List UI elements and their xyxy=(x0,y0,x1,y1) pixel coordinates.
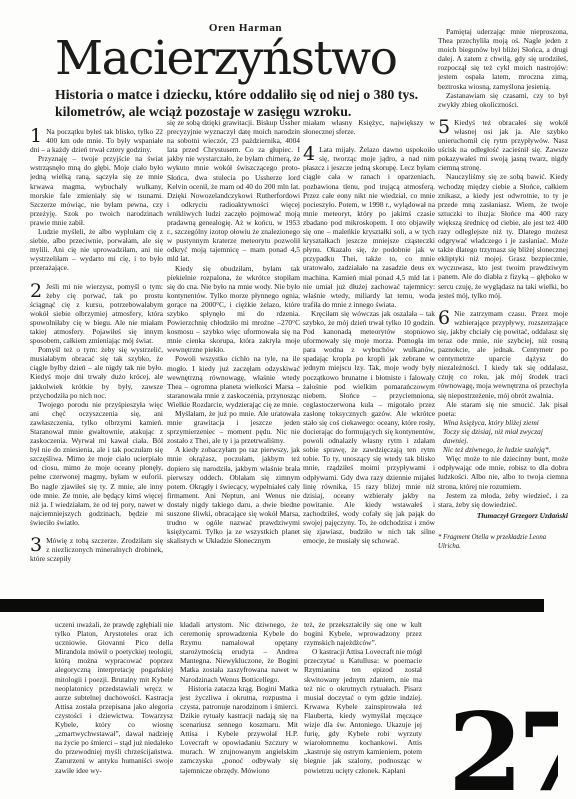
paragraph: miałam własny Księżyc, największy w słon… xyxy=(303,118,435,136)
paragraph: Pomyśl też o tym: żeby się wystrzelić, m… xyxy=(30,345,163,400)
section-number: 3 xyxy=(30,536,46,554)
section-number: 1 xyxy=(30,127,46,145)
paragraph: Twojego porodu nie przyśpieszyła więc an… xyxy=(30,400,163,527)
top-column-1: 1Na początku byłeś tak blisko, tylko 22 … xyxy=(30,118,163,598)
footnote: * Fragment Otella w przekładzie Leona Ul… xyxy=(438,533,568,551)
paragraph: kładali artystom. Nic dziwnego, że cerem… xyxy=(180,620,298,684)
paragraph: Jestem za młoda, żeby wiedzieć, i za sta… xyxy=(438,491,568,509)
paragraph: Zastanawiam się czasami, czy to był zwyk… xyxy=(438,91,568,109)
verse-line: Nic też dziwnego, że ludzie szaleją*. xyxy=(438,445,568,454)
numbered-paragraph: 6Nie zatrzymam czasu. Przez moje wzbiera… xyxy=(438,309,568,400)
paragraph: O kastracji Attisa Lovecraft nie mógł pr… xyxy=(304,647,422,774)
section-number: 4 xyxy=(303,145,319,163)
paragraph: Powoli wszystko cichło na tyle, na ile m… xyxy=(167,354,300,409)
section-number: 5 xyxy=(438,118,454,136)
paragraph: się ze sobą dzięki grawitacji. Biskup Us… xyxy=(167,118,300,264)
paragraph: Kręciłam się wówczas jak oszalała – tak … xyxy=(303,309,435,545)
bottom-column-2: kładali artystom. Nic dziwnego, że cerem… xyxy=(180,620,298,799)
paragraph: A kiedy zobaczyłam po raz pierwszy, jak … xyxy=(167,445,300,545)
section-number: 2 xyxy=(30,282,46,300)
top-column-4: Pamiętaj uderzając mnie nieproszona, The… xyxy=(438,27,568,598)
magazine-page: Oren Harman Macierzyństwo Historia o mat… xyxy=(0,0,576,799)
masthead: Oren Harman Macierzyństwo Historia o mat… xyxy=(55,22,436,120)
top-column-2: się ze sobą dzięki grawitacji. Biskup Us… xyxy=(167,118,300,598)
translator-credit: Tłumaczył Grzegorz Uzdański xyxy=(438,511,568,520)
paragraph: Nauczyliśmy się ze sobą bawić. Kiedy wch… xyxy=(438,172,568,299)
top-column-3: miałam własny Księżyc, największy w słon… xyxy=(303,118,435,598)
paragraph: Pamiętaj uderzając mnie nieproszona, The… xyxy=(438,27,568,91)
paragraph: Ludzie myśleli, że albo wyplułam cię z s… xyxy=(30,227,163,272)
section-divider-bar xyxy=(0,599,544,612)
article-title: Macierzyństwo xyxy=(55,34,436,84)
verse-line: Toczy się dzisiaj, niż miał zwyczaj dawn… xyxy=(438,427,568,445)
paragraph: też, że przekształciły się one w kult bo… xyxy=(304,620,422,647)
paragraph: Więc może to nie dziecinny bunt, może od… xyxy=(438,454,568,490)
bottom-column-3: też, że przekształciły się one w kult bo… xyxy=(304,620,422,799)
paragraph: Kiedy się obudziłam, byłam tak piekielni… xyxy=(167,264,300,355)
bottom-column-1: uczeni uważali, że prawdę zgłębiali nie … xyxy=(55,620,173,799)
section-number: 6 xyxy=(438,309,454,327)
numbered-paragraph: 2Jeśli mi nie wierzysz, pomyśl o tym: że… xyxy=(30,282,163,346)
paragraph: Ale staram się nie smucić. Jak pisał poe… xyxy=(438,400,568,418)
article-subtitle: Historia o matce i dziecku, które oddali… xyxy=(55,87,436,120)
numbered-paragraph: 1Na początku byłeś tak blisko, tylko 22 … xyxy=(30,127,163,154)
page-number: 27 xyxy=(448,694,558,799)
paragraph: Przyznaję – twoje przyjście na świat wst… xyxy=(30,154,163,227)
numbered-paragraph: 4Lata mijały. Żelazo dawno uspokoiło się… xyxy=(303,145,435,309)
numbered-paragraph: 3Mówię z tobą szczerze. Zrodziłam się z … xyxy=(30,536,163,563)
numbered-paragraph: 5Kiedyś też obracałeś się wokół własnej … xyxy=(438,118,568,173)
paragraph: Historia zatacza krąg. Bogini Matka jest… xyxy=(180,684,298,775)
paragraph: uczeni uważali, że prawdę zgłębiali nie … xyxy=(55,620,173,775)
paragraph: Myślałam, że już po mnie. Ale uratowała … xyxy=(167,409,300,445)
verse-line: Wina księżyca, który bliżej ziemi xyxy=(438,418,568,427)
